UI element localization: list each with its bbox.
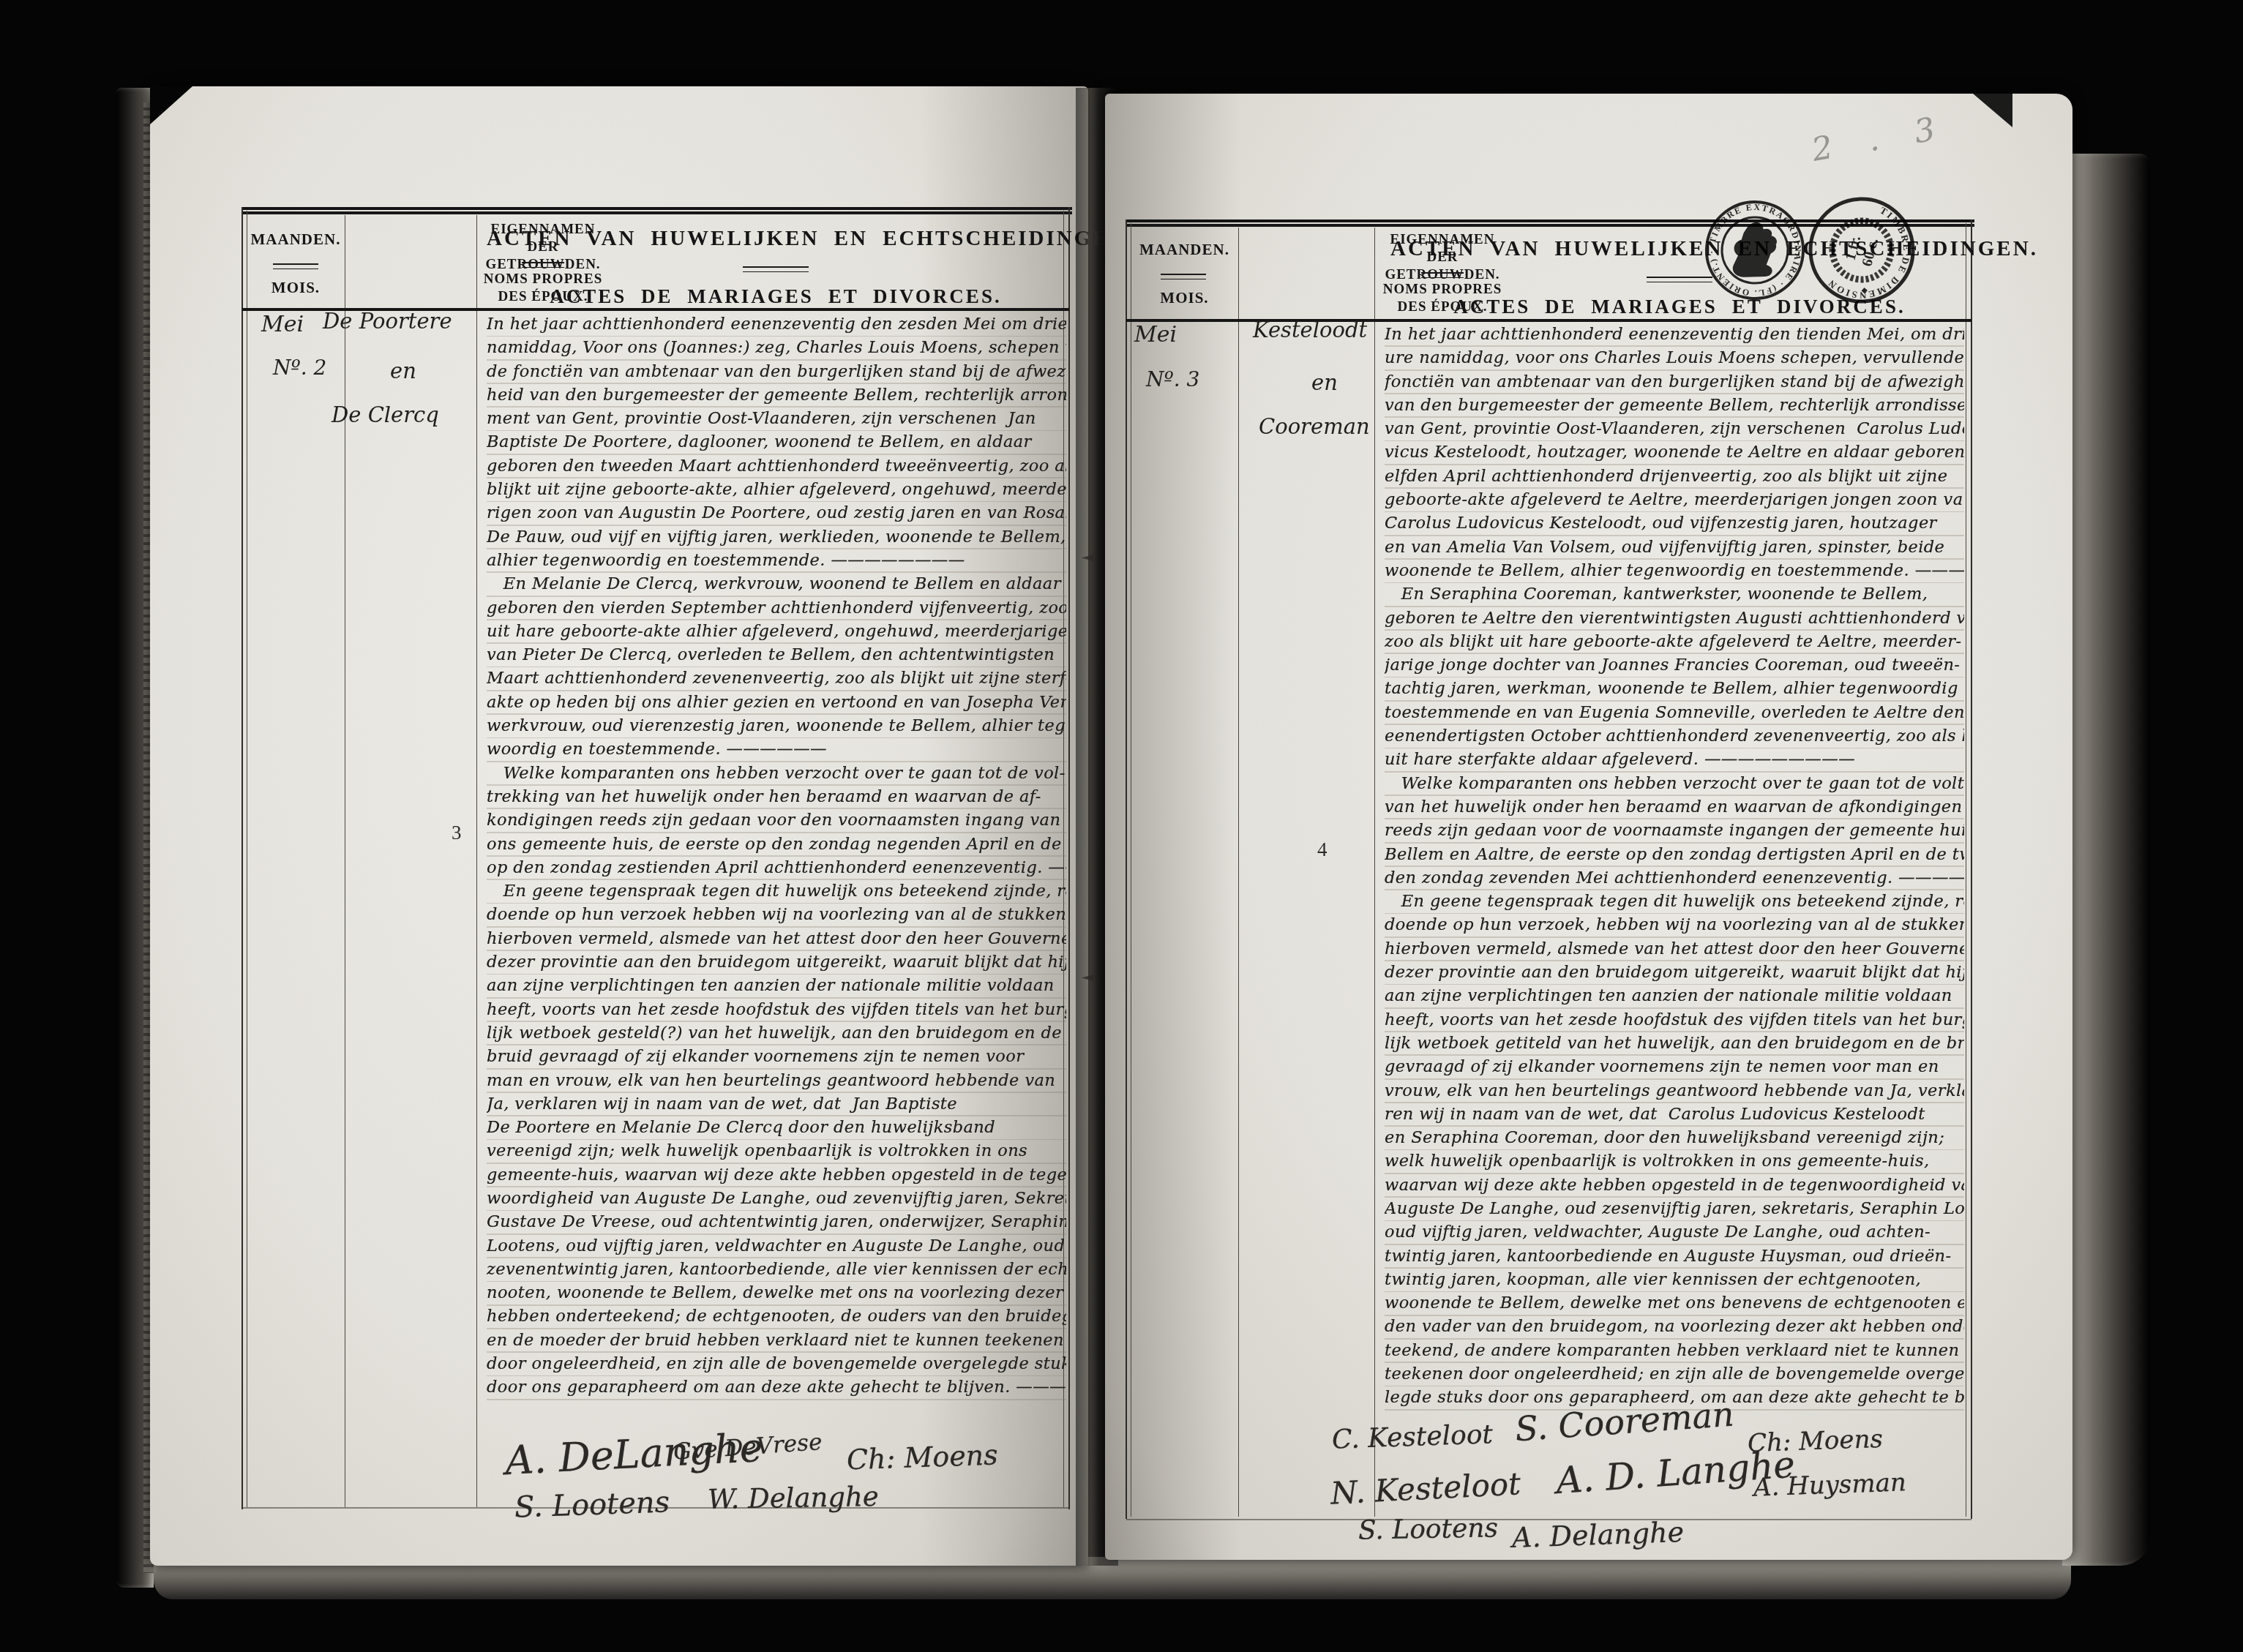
double-separator <box>743 266 809 272</box>
manuscript-line: zoo als blijkt uit hare geboorte-akte af… <box>1385 631 1964 654</box>
manuscript-line: Bellem en Aaltre, de eerste op den zonda… <box>1385 844 1964 867</box>
act-body-text: In het jaar achttienhonderd eenenzeventi… <box>487 313 1066 1403</box>
table-top-border <box>241 207 1072 215</box>
manuscript-line: teekend, de andere komparanten hebben ve… <box>1385 1340 1964 1363</box>
manuscript-line: eenendertigsten October achttienhonderd … <box>1385 725 1964 748</box>
page-number: 3 <box>452 822 462 844</box>
timbre-de-dimension-stamp: TIMBRE DE DIMENSION ◆ 1 fr. 60 c. <box>1802 190 1922 310</box>
right-page: MAANDEN. MOIS. EIGENNAMEN DER GETROUWDEN… <box>1105 94 2072 1560</box>
pencil-folio-note: 2 . 3 <box>1809 108 1951 169</box>
manuscript-line: In het jaar achttienhonderd eenenzeventi… <box>487 313 1066 337</box>
manuscript-line: vicus Kesteloodt, houtzager, woonende te… <box>1385 441 1964 465</box>
manuscript-line: rigen zoon van Augustin De Poortere, oud… <box>487 502 1066 525</box>
column-header-month-fr: MOIS. <box>248 278 343 297</box>
manuscript-line: den vader van den bruidegom, na voorlezi… <box>1385 1315 1964 1339</box>
manuscript-line: elfden April achttienhonderd drijenveert… <box>1385 465 1964 489</box>
entry-name-bride: Cooreman <box>1259 414 1370 439</box>
manuscript-line: door ongeleerdheid, en zijn alle de bove… <box>487 1353 1066 1376</box>
signature: C. Kesteloot <box>1331 1419 1493 1455</box>
manuscript-line: De Pauw, oud vijf en vijftig jaren, werk… <box>487 526 1066 549</box>
manuscript-line: uit hare geboorte-akte alhier afgeleverd… <box>487 620 1066 644</box>
manuscript-line: dezer provintie aan den bruidegom uitger… <box>1385 961 1964 985</box>
manuscript-line: tachtig jaren, werkman, woonende te Bell… <box>1385 677 1964 701</box>
manuscript-line: In het jaar achttienhonderd eenenzeventi… <box>1385 323 1964 347</box>
manuscript-line: twintig jaren, koopman, alle vier kennis… <box>1385 1269 1964 1292</box>
manuscript-line: door ons geparapheerd om aan deze akte g… <box>487 1376 1066 1400</box>
column-header-month-nl: MAANDEN. <box>248 230 343 249</box>
manuscript-line: Welke komparanten ons hebben verzocht ov… <box>1385 773 1964 796</box>
signature: S. Lootens <box>1358 1513 1499 1545</box>
signature: Ch: Moens <box>846 1438 998 1476</box>
manuscript-line: En geene tegenspraak tegen dit huwelijk … <box>1385 890 1964 914</box>
manuscript-line: fonctiën van ambtenaar van den burgerlij… <box>1385 371 1964 394</box>
manuscript-line: en van Amelia Van Volsem, oud vijfenvijf… <box>1385 536 1964 560</box>
manuscript-line: De Poortere en Melanie De Clercq door de… <box>487 1116 1066 1140</box>
entry-name-bride: De Clercq <box>332 402 439 427</box>
signature: A. Huysman <box>1753 1468 1906 1502</box>
table-left-border <box>241 207 243 1509</box>
entry-month: Mei <box>1134 322 1177 348</box>
entry-month: Mei <box>261 312 304 337</box>
page-number: 4 <box>1317 838 1328 861</box>
manuscript-line: Gustave De Vreese, oud achtentwintig jar… <box>487 1211 1066 1234</box>
entry-name-groom: De Poortere <box>323 309 452 334</box>
manuscript-line: hierboven vermeld, alsmede van het attes… <box>487 928 1066 951</box>
manuscript-line: oud vijftig jaren, veldwachter, Auguste … <box>1385 1221 1964 1244</box>
manuscript-line: hebben onderteekend; de echtgenooten, de… <box>487 1305 1066 1329</box>
manuscript-line: ment van Gent, provintie Oost-Vlaanderen… <box>487 408 1066 431</box>
entry-name-groom: Kesteloodt <box>1253 318 1367 342</box>
table-right-border <box>1068 207 1070 1509</box>
manuscript-line: waarvan wij deze akte hebben opgesteld i… <box>1385 1174 1964 1198</box>
left-page: MAANDEN. MOIS. EIGENNAMEN DER GETROUWDEN… <box>150 86 1088 1566</box>
manuscript-line: heid van den burgemeester der gemeente B… <box>487 384 1066 408</box>
manuscript-line: bruid gevraagd of zij elkander voornemen… <box>487 1045 1066 1069</box>
manuscript-line: geboorte-akte afgeleverd te Aeltre, meer… <box>1385 489 1964 512</box>
manuscript-line: lijk wetboek getiteld van het huwelijk, … <box>1385 1032 1964 1056</box>
manuscript-line: woordigheid van Auguste De Langhe, oud z… <box>487 1187 1066 1211</box>
manuscript-line: vrouw, elk van hen beurtelings geantwoor… <box>1385 1080 1964 1103</box>
manuscript-line: van Gent, provintie Oost-Vlaanderen, zij… <box>1385 418 1964 441</box>
book-page-stack-right-edge <box>2062 154 2150 1566</box>
manuscript-line: van den burgemeester der gemeente Bellem… <box>1385 394 1964 418</box>
manuscript-line: akte op heden bij ons alhier gezien en v… <box>487 691 1066 715</box>
double-separator <box>1161 274 1206 279</box>
manuscript-line: zevenentwintig jaren, kantoorbediende, a… <box>487 1258 1066 1282</box>
double-separator <box>1421 272 1464 278</box>
register-title-french: ACTES DE MARIAGES ET DIVORCES. <box>487 285 1065 308</box>
manuscript-line: doende op hun verzoek, hebben wij na voo… <box>1385 914 1964 937</box>
table-left-border-inner <box>1131 223 1131 1517</box>
manuscript-line: geboren den tweeden Maart achttienhonder… <box>487 455 1066 478</box>
manuscript-line: Auguste De Langhe, oud zesenvijftig jare… <box>1385 1198 1964 1221</box>
signature: A. Delanghe <box>1511 1516 1685 1554</box>
manuscript-line: de fonctiën van ambtenaar van den burger… <box>487 361 1066 384</box>
manuscript-line: twintig jaren, kantoorbediende en August… <box>1385 1245 1964 1269</box>
manuscript-line: woonende te Bellem, dewelke met ons bene… <box>1385 1292 1964 1315</box>
table-left-border <box>1126 219 1127 1519</box>
signature: N. Kesteloot <box>1330 1465 1521 1512</box>
manuscript-line: blijkt uit zijne geboorte-akte, alhier a… <box>487 478 1066 502</box>
manuscript-line: Carolus Ludovicus Kesteloodt, oud vijfen… <box>1385 512 1964 536</box>
manuscript-line: namiddag, Voor ons (Joannes:) zeg, Charl… <box>487 337 1066 360</box>
manuscript-line: van het huwelijk onder hen beraamd en wa… <box>1385 796 1964 819</box>
manuscript-line: gemeente-huis, waarvan wij deze akte heb… <box>487 1164 1066 1187</box>
entry-act-number: Nº. 3 <box>1146 367 1199 391</box>
manuscript-line: aan zijne verplichtingen ten aanzien der… <box>487 975 1066 998</box>
manuscript-line: Maart achttienhonderd zevenenveertig, zo… <box>487 667 1066 691</box>
column-divider-names <box>1374 228 1375 1517</box>
manuscript-line: Lootens, oud vijftig jaren, veldwachter … <box>487 1235 1066 1258</box>
act-body-text: In het jaar achttienhonderd eenenzeventi… <box>1385 323 1964 1413</box>
manuscript-line: kondigingen reeds zijn gedaan voor den v… <box>487 809 1066 833</box>
column-header-month-nl: MAANDEN. <box>1131 240 1237 259</box>
column-divider-month <box>1238 228 1239 1517</box>
manuscript-line: woonende te Bellem, alhier tegenwoordig … <box>1385 560 1964 583</box>
manuscript-line: alhier tegenwoordig en toestemmende. ———… <box>487 549 1066 573</box>
manuscript-line: welk huwelijk openbaarlijk is voltrokken… <box>1385 1150 1964 1174</box>
manuscript-line: vereenigd zijn; welk huwelijk openbaarli… <box>487 1140 1066 1163</box>
manuscript-line: geboren den vierden September achttienho… <box>487 597 1066 620</box>
double-separator <box>273 263 318 269</box>
table-right-border-inner <box>1966 223 1966 1517</box>
dog-ear-corner <box>1973 94 2012 127</box>
manuscript-line: jarige jonge dochter van Joannes Francie… <box>1385 654 1964 677</box>
manuscript-line: heeft, voorts van het zesde hoofdstuk de… <box>487 999 1066 1022</box>
manuscript-line: nooten, woonende te Bellem, dewelke met … <box>487 1282 1066 1305</box>
torn-corner <box>150 86 192 124</box>
register-title-dutch: ACTEN VAN HUWELIJKEN EN ECHTSCHEIDINGEN. <box>487 227 1065 251</box>
entry-act-number: Nº. 2 <box>273 356 326 380</box>
manuscript-line: woordig en toestemmende. —————— <box>487 738 1066 762</box>
stamp-bottom-diamond: ◆ <box>1861 286 1868 296</box>
scanned-register-photo: { "document": { "type": "Civil marriage … <box>0 0 2243 1652</box>
laurel-wreath <box>1830 219 1892 281</box>
manuscript-line: en de moeder der bruid hebben verklaard … <box>487 1329 1066 1353</box>
manuscript-line: heeft, voorts van het zesde hoofdstuk de… <box>1385 1009 1964 1032</box>
table-left-border-inner <box>247 211 247 1507</box>
manuscript-line: toestemmende en van Eugenia Somneville, … <box>1385 702 1964 725</box>
belgian-lion-emblem <box>1731 220 1779 281</box>
manuscript-line: uit hare sterfakte aldaar afgeleverd. ——… <box>1385 748 1964 772</box>
manuscript-line: teekenen door ongeleerdheid; en zijn all… <box>1385 1363 1964 1386</box>
manuscript-line: werkvrouw, oud vierenzestig jaren, woone… <box>487 715 1066 738</box>
table-right-border <box>1971 219 1972 1519</box>
manuscript-line: lijk wetboek gesteld(?) van het huwelijk… <box>487 1022 1066 1045</box>
lion-revenue-stamp: TIMBRE EXTRAORDINAIRE · (FL. ORIENT.) · <box>1696 192 1813 309</box>
column-header-month-fr: MOIS. <box>1131 288 1237 307</box>
manuscript-line: dezer provintie aan den bruidegom uitger… <box>487 951 1066 975</box>
manuscript-line: En Seraphina Cooreman, kantwerkster, woo… <box>1385 583 1964 607</box>
manuscript-line: hierboven vermeld, alsmede van het attes… <box>1385 938 1964 961</box>
manuscript-line: trekking van het huwelijk onder hen bera… <box>487 786 1066 809</box>
manuscript-line: aan zijne verplichtingen ten aanzien der… <box>1385 985 1964 1008</box>
manuscript-line: En geene tegenspraak tegen dit huwelijk … <box>487 880 1066 904</box>
column-divider-names <box>476 215 477 1507</box>
double-separator <box>522 262 564 268</box>
manuscript-line: ren wij in naam van de wet, dat Carolus … <box>1385 1103 1964 1127</box>
manuscript-line: Ja, verklaren wij in naam van de wet, da… <box>487 1093 1066 1116</box>
manuscript-line: reeds zijn gedaan voor de voornaamste in… <box>1385 819 1964 843</box>
manuscript-line: gevraagd of zij elkander voornemens zijn… <box>1385 1056 1964 1079</box>
entry-name-link: en <box>390 358 416 383</box>
signature: S. Lootens <box>514 1485 670 1524</box>
manuscript-line: op den zondag zestienden April achttienh… <box>487 857 1066 880</box>
manuscript-line: en Seraphina Cooreman, door den huwelijk… <box>1385 1127 1964 1150</box>
signature: W. Delanghe <box>708 1481 879 1515</box>
manuscript-line: geboren te Aeltre den vierentwintigsten … <box>1385 607 1964 631</box>
entry-name-link: en <box>1311 370 1338 395</box>
manuscript-line: den zondag zevenden Mei achttienhonderd … <box>1385 867 1964 890</box>
manuscript-line: ure namiddag, voor ons Charles Louis Moe… <box>1385 347 1964 370</box>
manuscript-line: ons gemeente huis, de eerste op den zond… <box>487 833 1066 857</box>
manuscript-line: van Pieter De Clercq, overleden te Belle… <box>487 644 1066 667</box>
manuscript-line: man en vrouw, elk van hen beurtelings ge… <box>487 1070 1066 1093</box>
manuscript-line: En Melanie De Clercq, werkvrouw, woonend… <box>487 573 1066 596</box>
manuscript-line: Welke komparanten ons hebben verzocht ov… <box>487 762 1066 786</box>
manuscript-line: Baptiste De Poortere, daglooner, woonend… <box>487 431 1066 454</box>
manuscript-line: doende op hun verzoek hebben wij na voor… <box>487 904 1066 927</box>
